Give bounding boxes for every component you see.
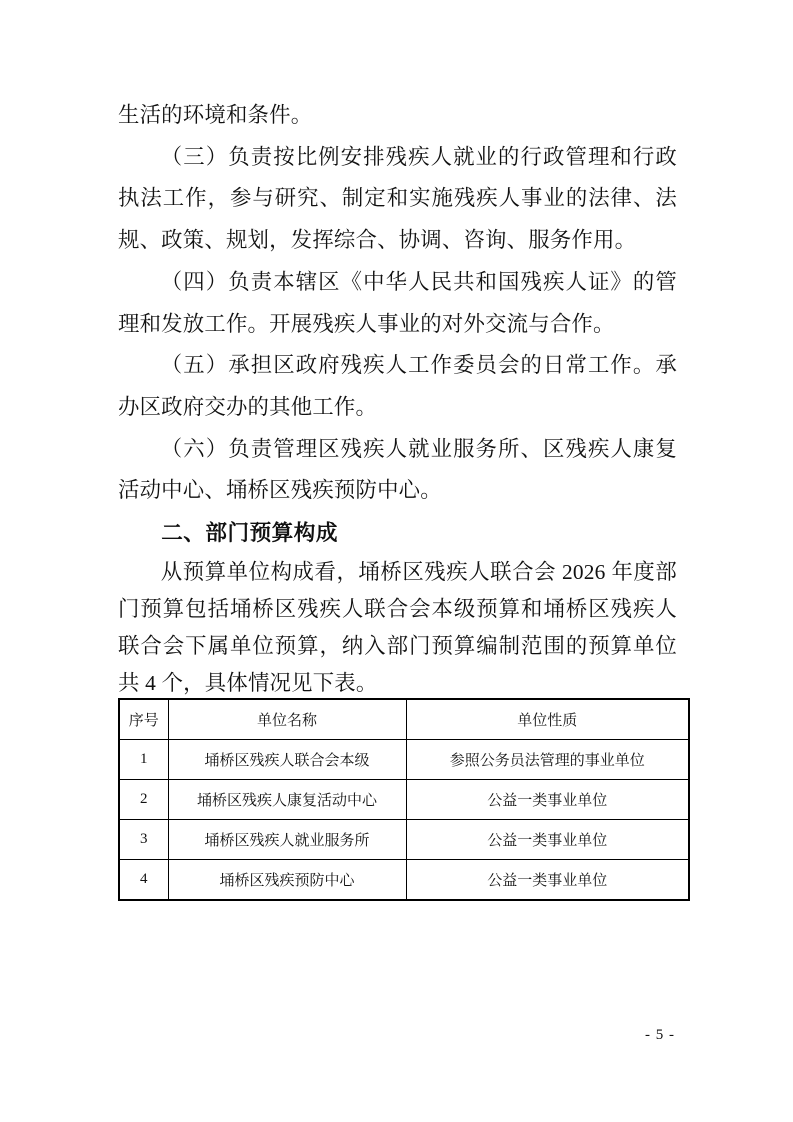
body-paragraph-item6: （六）负责管理区残疾人就业服务所、区残疾人康复活动中心、埇桥区残疾预防中心。: [118, 429, 677, 512]
table-cell-index: 4: [119, 860, 168, 901]
table-cell-unit-name: 埇桥区残疾人康复活动中心: [168, 780, 406, 820]
document-body: 生活的环境和条件。 （三）负责按比例安排残疾人就业的行政管理和行政执法工作，参与…: [118, 95, 677, 702]
table-row: 1 埇桥区残疾人联合会本级 参照公务员法管理的事业单位: [119, 740, 689, 780]
body-paragraph-item3: （三）负责按比例安排残疾人就业的行政管理和行政执法工作，参与研究、制定和实施残疾…: [118, 137, 677, 262]
budget-units-table: 序号 单位名称 单位性质 1 埇桥区残疾人联合会本级 参照公务员法管理的事业单位…: [118, 698, 690, 901]
table-cell-index: 3: [119, 820, 168, 860]
table-cell-index: 1: [119, 740, 168, 780]
table-cell-unit-type: 公益一类事业单位: [406, 820, 689, 860]
table-cell-unit-type: 公益一类事业单位: [406, 780, 689, 820]
table-cell-unit-name: 埇桥区残疾人就业服务所: [168, 820, 406, 860]
body-paragraph-item4: （四）负责本辖区《中华人民共和国残疾人证》的管理和发放工作。开展残疾人事业的对外…: [118, 262, 677, 345]
table-row: 4 埇桥区残疾预防中心 公益一类事业单位: [119, 860, 689, 901]
table-cell-unit-type: 公益一类事业单位: [406, 860, 689, 901]
body-paragraph-continuation: 生活的环境和条件。: [118, 95, 677, 137]
table-header-unit-name: 单位名称: [168, 699, 406, 740]
table-cell-unit-name: 埇桥区残疾预防中心: [168, 860, 406, 901]
page-number: - 5 -: [645, 1027, 675, 1044]
table-header-row: 序号 单位名称 单位性质: [119, 699, 689, 740]
table-cell-unit-name: 埇桥区残疾人联合会本级: [168, 740, 406, 780]
table-row: 2 埇桥区残疾人康复活动中心 公益一类事业单位: [119, 780, 689, 820]
table-row: 3 埇桥区残疾人就业服务所 公益一类事业单位: [119, 820, 689, 860]
document-page: 生活的环境和条件。 （三）负责按比例安排残疾人就业的行政管理和行政执法工作，参与…: [0, 0, 793, 1122]
body-paragraph-item5: （五）承担区政府残疾人工作委员会的日常工作。承办区政府交办的其他工作。: [118, 345, 677, 428]
table-header-unit-type: 单位性质: [406, 699, 689, 740]
table-cell-unit-type: 参照公务员法管理的事业单位: [406, 740, 689, 780]
table-cell-index: 2: [119, 780, 168, 820]
table-header-index: 序号: [119, 699, 168, 740]
body-paragraph-intro: 从预算单位构成看，埇桥区残疾人联合会 2026 年度部门预算包括埇桥区残疾人联合…: [118, 554, 677, 702]
section-heading: 二、部门预算构成: [118, 512, 677, 554]
